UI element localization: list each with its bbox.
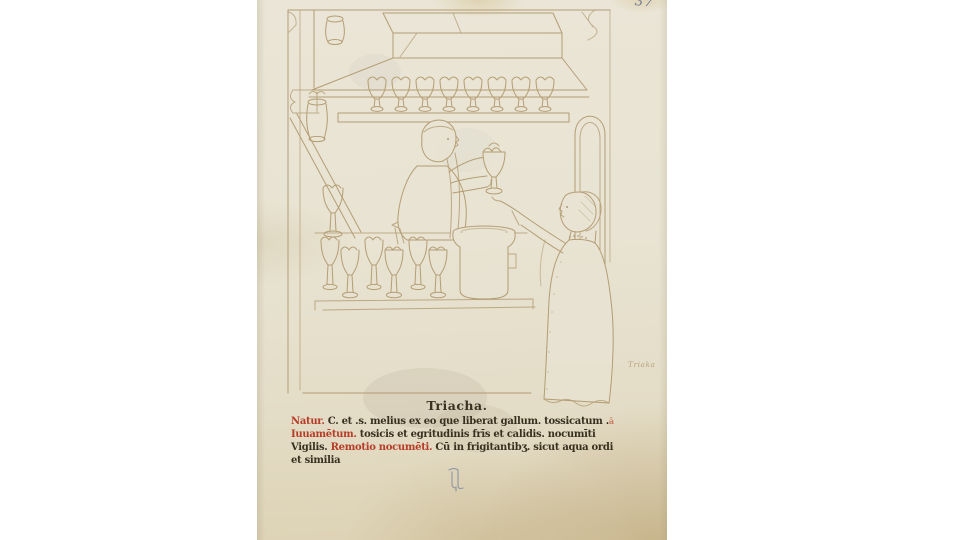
rubric-remotio: Remotio nocumēti.	[331, 442, 433, 453]
jar-top-left	[326, 16, 345, 45]
line4-text: et similia	[291, 455, 340, 466]
chapter-heading: Triacha.	[377, 398, 537, 413]
parchment-page: 37 Triaka Triacha. Natur. C. et .s. meli…	[257, 0, 667, 540]
rubric-iuvamentum: Iuuamētum.	[291, 429, 357, 440]
mortar-vessel	[453, 226, 516, 299]
pillar	[290, 10, 319, 390]
line1-text: C. et .s. melius ex eo que liberat gallu…	[325, 416, 609, 427]
line3-text-b: Cū in frigitantibʒ. sicut aqua ordi	[432, 442, 613, 453]
goblet	[464, 77, 482, 111]
pen-trial-monogram	[449, 469, 463, 492]
rubric-natura: Natur.	[291, 416, 325, 427]
necklace-dots	[569, 235, 586, 238]
text-block: Natur. C. et .s. melius ex eo que libera…	[291, 415, 631, 467]
text-line-3: Vigilis. Remotio nocumēti. Cū in frigita…	[291, 441, 631, 454]
counter-goblets	[321, 237, 447, 298]
text-line-4: et similia	[291, 454, 631, 467]
goblet	[488, 77, 506, 111]
text-line-1: Natur. C. et .s. melius ex eo que libera…	[291, 415, 631, 428]
rubric-line1-end: ā	[609, 416, 614, 426]
line3-text-a: Vigilis.	[291, 442, 331, 453]
line2-text: tosicis et egritudinis frīs et calidis. …	[357, 429, 596, 440]
goblet	[416, 77, 434, 111]
canopy	[309, 13, 589, 97]
marginal-note: Triaka	[628, 360, 655, 369]
text-line-2: Iuuamētum. tosicis et egritudinis frīs e…	[291, 428, 631, 441]
folio-number: 37	[634, 0, 654, 11]
goblet	[440, 77, 458, 111]
handed-goblet	[483, 143, 505, 194]
goblet	[512, 77, 530, 111]
goblet	[536, 77, 554, 111]
manuscript-photo: 37 Triaka Triacha. Natur. C. et .s. meli…	[0, 0, 960, 540]
